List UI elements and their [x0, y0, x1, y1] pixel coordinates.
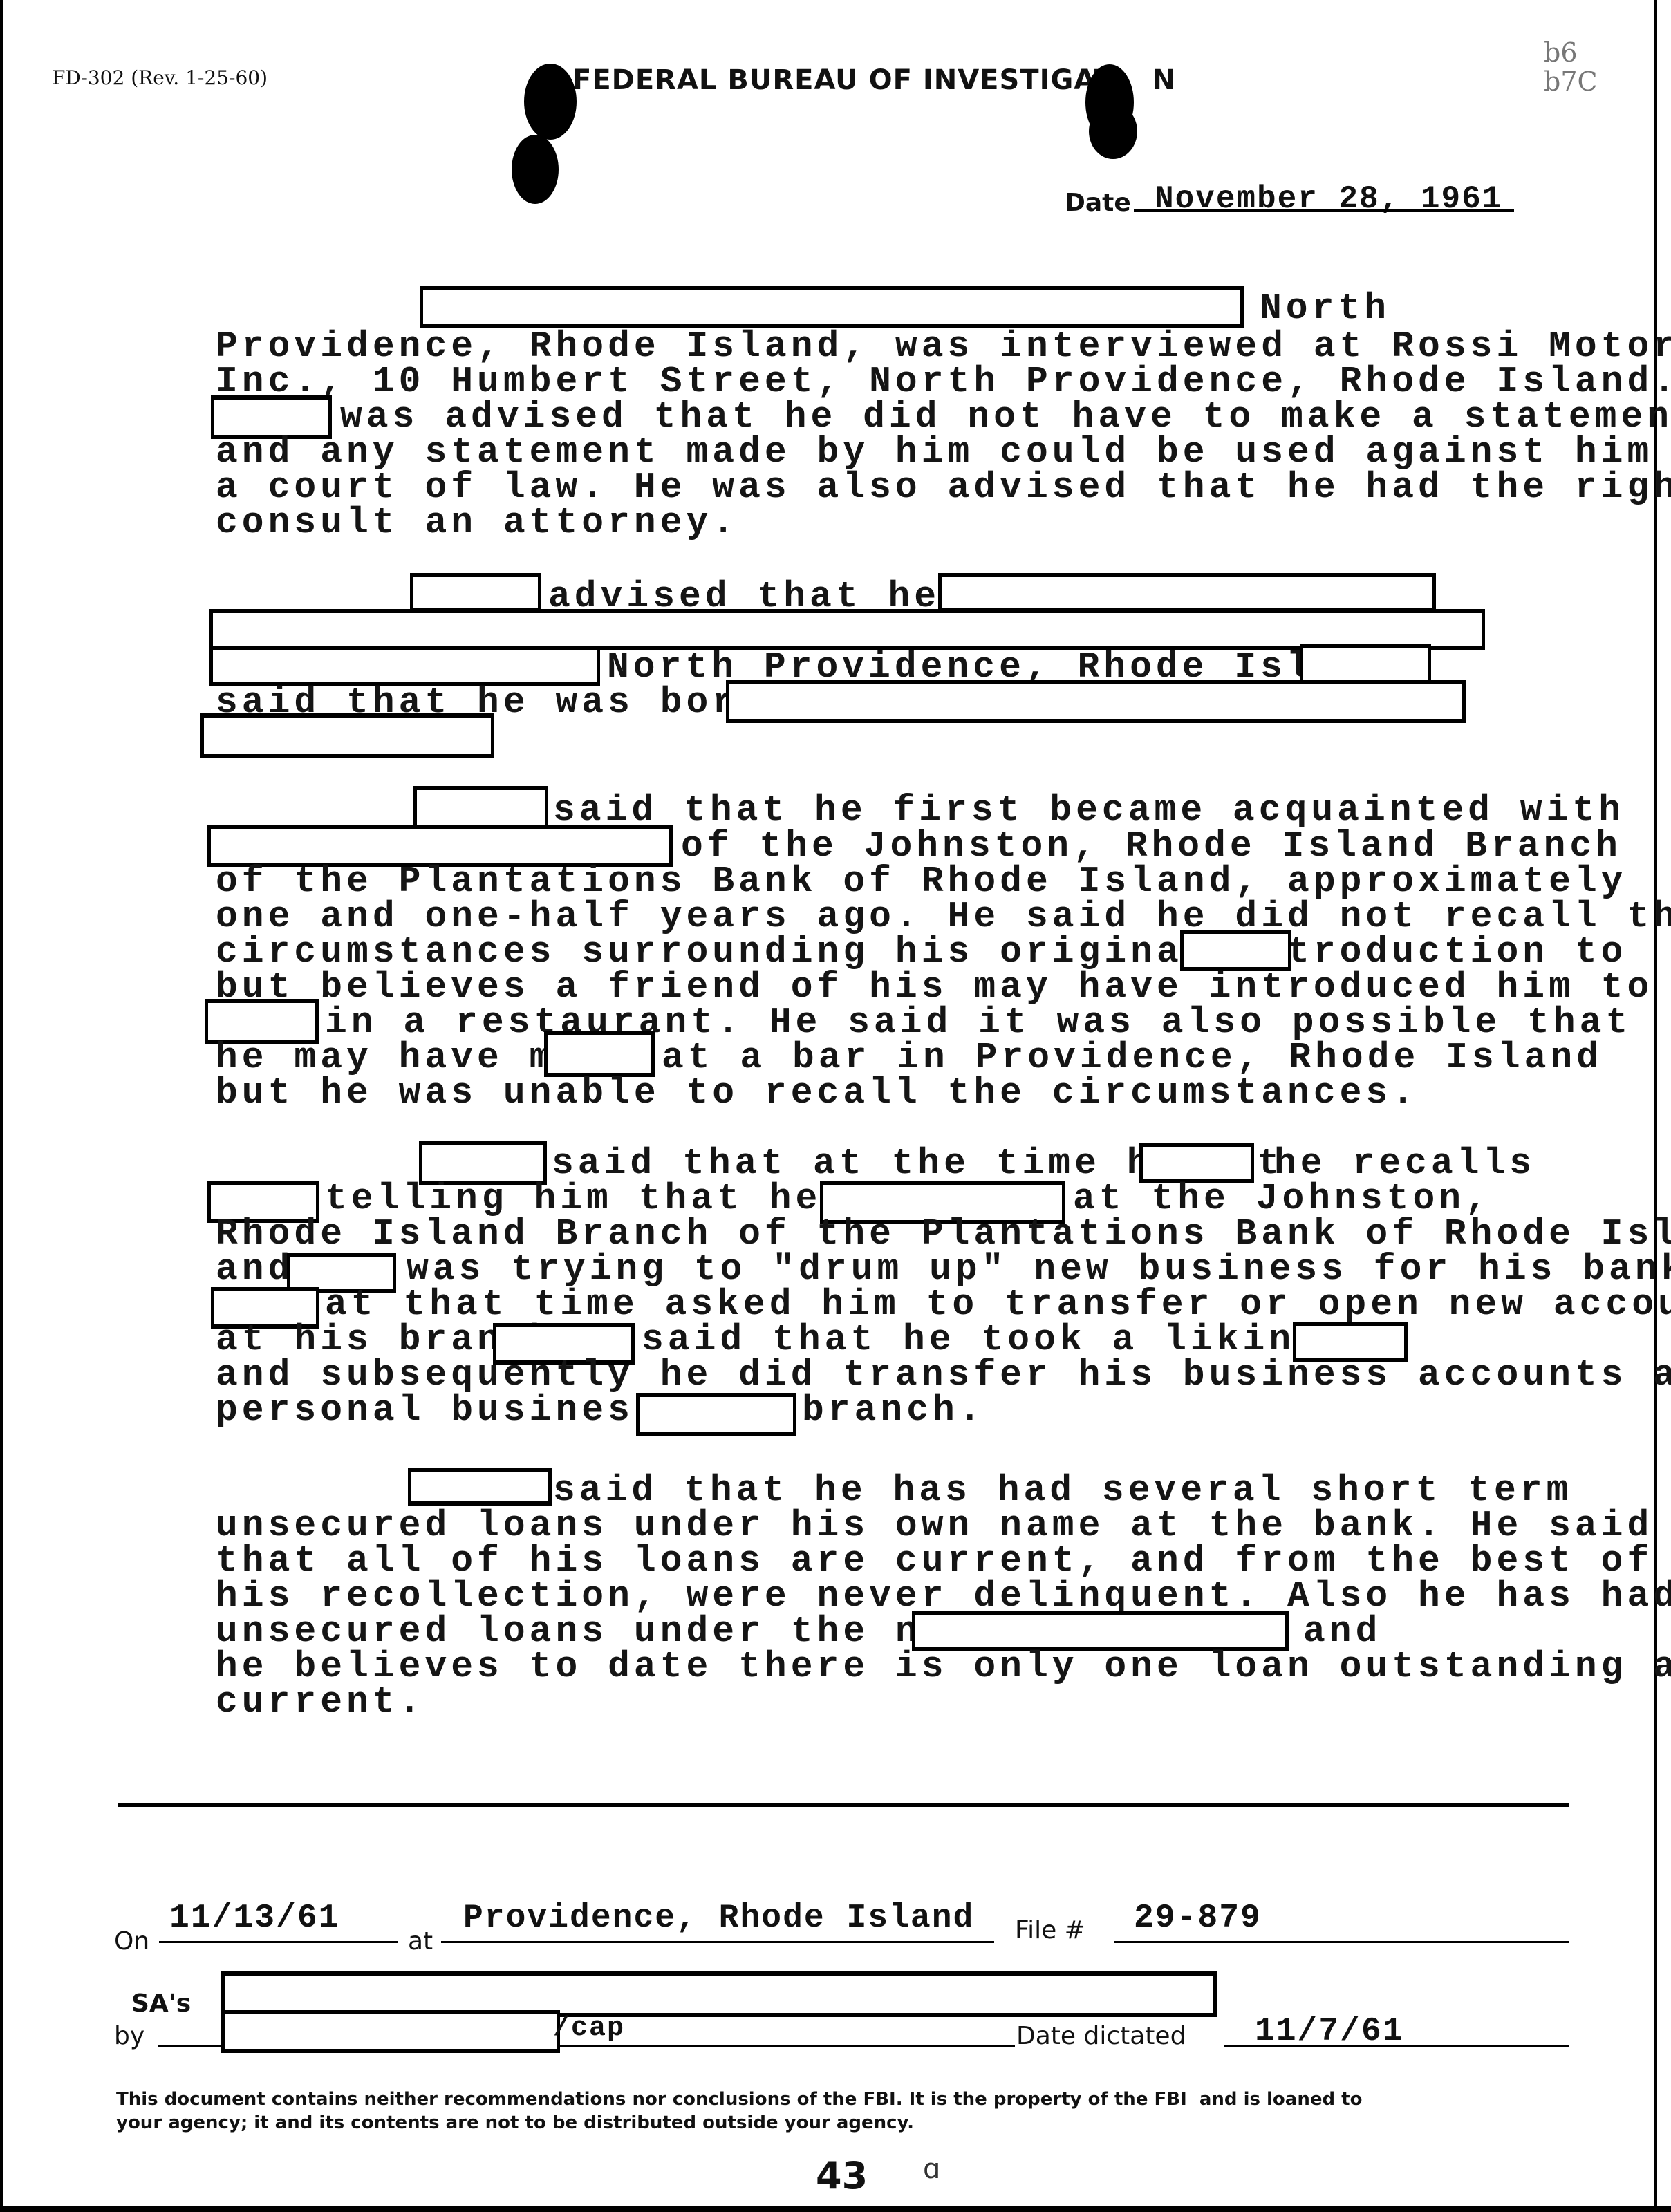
- foia-exemption-codes: b6 b7C: [1544, 38, 1598, 96]
- file-number-label: File #: [1015, 1916, 1085, 1944]
- on-value: 11/13/61: [169, 1900, 339, 1937]
- file-number-underline: [1114, 1941, 1569, 1943]
- body-line: branch.: [802, 1391, 985, 1430]
- body-line: he believes to date there is only one lo…: [216, 1647, 1671, 1686]
- by-label: by: [114, 2022, 144, 2050]
- on-label: On: [114, 1927, 149, 1956]
- body-line: North: [1260, 289, 1390, 328]
- body-line: consult an attorney.: [216, 503, 738, 542]
- body-line: he recalls: [1274, 1144, 1535, 1183]
- redaction-box: [420, 286, 1244, 328]
- redaction-box: [209, 646, 600, 686]
- body-line: current.: [216, 1683, 424, 1721]
- page-number: 43: [816, 2154, 868, 2197]
- body-line: but he was unable to recall the circumst…: [216, 1074, 1418, 1112]
- redaction-box: [544, 1031, 655, 1077]
- body-line: that all of his loans are current, and f…: [216, 1541, 1653, 1580]
- body-line: but believes a friend of his may have in…: [216, 968, 1653, 1006]
- scan-border-bottom: [0, 2206, 1671, 2212]
- exemption-b6: b6: [1544, 38, 1598, 67]
- redaction-box-by: [221, 2010, 560, 2053]
- body-line: a court of law. He was also advised that…: [216, 468, 1671, 507]
- body-line: of the Johnston, Rhode Island Branch: [681, 827, 1622, 865]
- body-line: and: [1303, 1612, 1381, 1651]
- body-line: unsecured loans under his own name at th…: [216, 1506, 1653, 1545]
- disclaimer-line-1: This document contains neither recommend…: [116, 2089, 1362, 2110]
- page-handwritten-mark: ɑ: [923, 2153, 940, 2185]
- form-number: FD-302 (Rev. 1-25-60): [52, 66, 268, 89]
- redaction-blot-right-bottom: [1089, 104, 1137, 159]
- body-line: Rhode Island Branch of the Plantations B…: [216, 1215, 1671, 1253]
- agency-title-visible: FEDERAL BUREAU OF INVESTIGAT: [572, 64, 1113, 96]
- body-line: said that he first became acquainted wit…: [553, 791, 1625, 829]
- scan-border-left: [0, 0, 3, 2212]
- at-label: at: [408, 1927, 433, 1956]
- date-underline: [1134, 209, 1514, 212]
- body-line: of the Plantations Bank of Rhode Island,…: [216, 862, 1627, 901]
- date-label: Date: [1065, 189, 1131, 217]
- body-line: was trying to "drum up" new business for…: [407, 1250, 1671, 1288]
- sa-label: SA's: [131, 1989, 191, 2018]
- on-underline: [159, 1941, 398, 1943]
- redaction-box: [200, 713, 494, 758]
- redaction-blot-left-bottom: [512, 135, 559, 204]
- body-line: and any statement made by him could be u…: [216, 433, 1671, 471]
- redaction-box: [408, 1468, 552, 1506]
- body-line: at a bar in Providence, Rhode Island: [662, 1038, 1603, 1077]
- typist-initials: /cap: [553, 2013, 625, 2044]
- body-line: his recollection, were never delinquent.…: [216, 1577, 1671, 1615]
- redaction-blot-left-top: [524, 64, 577, 140]
- redaction-box: [209, 609, 1485, 650]
- footer-separator-rule: [118, 1803, 1569, 1807]
- body-line: Providence, Rhode Island, was interviewe…: [216, 327, 1671, 366]
- at-underline: [441, 1941, 994, 1943]
- body-line: circumstances surrounding his original i…: [216, 932, 1627, 971]
- redaction-box: [410, 573, 541, 612]
- redaction-box: [938, 573, 1436, 612]
- redaction-box: [413, 786, 548, 829]
- redaction-box: [912, 1611, 1289, 1651]
- file-number-value: 29-879: [1134, 1900, 1262, 1937]
- body-line: at the Johnston,: [1073, 1179, 1491, 1218]
- redaction-box: [1300, 644, 1431, 684]
- body-line: Inc., 10 Humbert Street, North Providenc…: [216, 362, 1671, 401]
- body-line: said that he has had several short term: [553, 1471, 1572, 1510]
- redaction-box: [1180, 930, 1291, 971]
- date-dictated-underline: [1224, 2045, 1569, 2047]
- disclaimer-line-2: your agency; it and its contents are not…: [116, 2112, 914, 2133]
- body-line: said that he took a liking to: [642, 1320, 1399, 1359]
- body-line: and subsequently he did transfer his bus…: [216, 1356, 1671, 1394]
- exemption-b7c: b7C: [1544, 67, 1598, 96]
- date-dictated-label: Date dictated: [1016, 2022, 1186, 2050]
- fd-302-document-page: FD-302 (Rev. 1-25-60) FEDERAL BUREAU OF …: [0, 0, 1671, 2212]
- agency-title: FEDERAL BUREAU OF INVESTIGATN: [572, 64, 1176, 96]
- body-line: and: [216, 1250, 294, 1288]
- redaction-box: [636, 1393, 796, 1436]
- body-line: was advised that he did not have to make…: [340, 397, 1671, 436]
- redaction-box: [726, 680, 1466, 723]
- agency-title-tail: N: [1152, 64, 1175, 96]
- body-line: one and one-half years ago. He said he d…: [216, 897, 1671, 936]
- body-line: in a restaurant. He said it was also pos…: [325, 1003, 1632, 1042]
- at-value: Providence, Rhode Island: [463, 1900, 974, 1937]
- body-line: at that time asked him to transfer or op…: [325, 1285, 1671, 1324]
